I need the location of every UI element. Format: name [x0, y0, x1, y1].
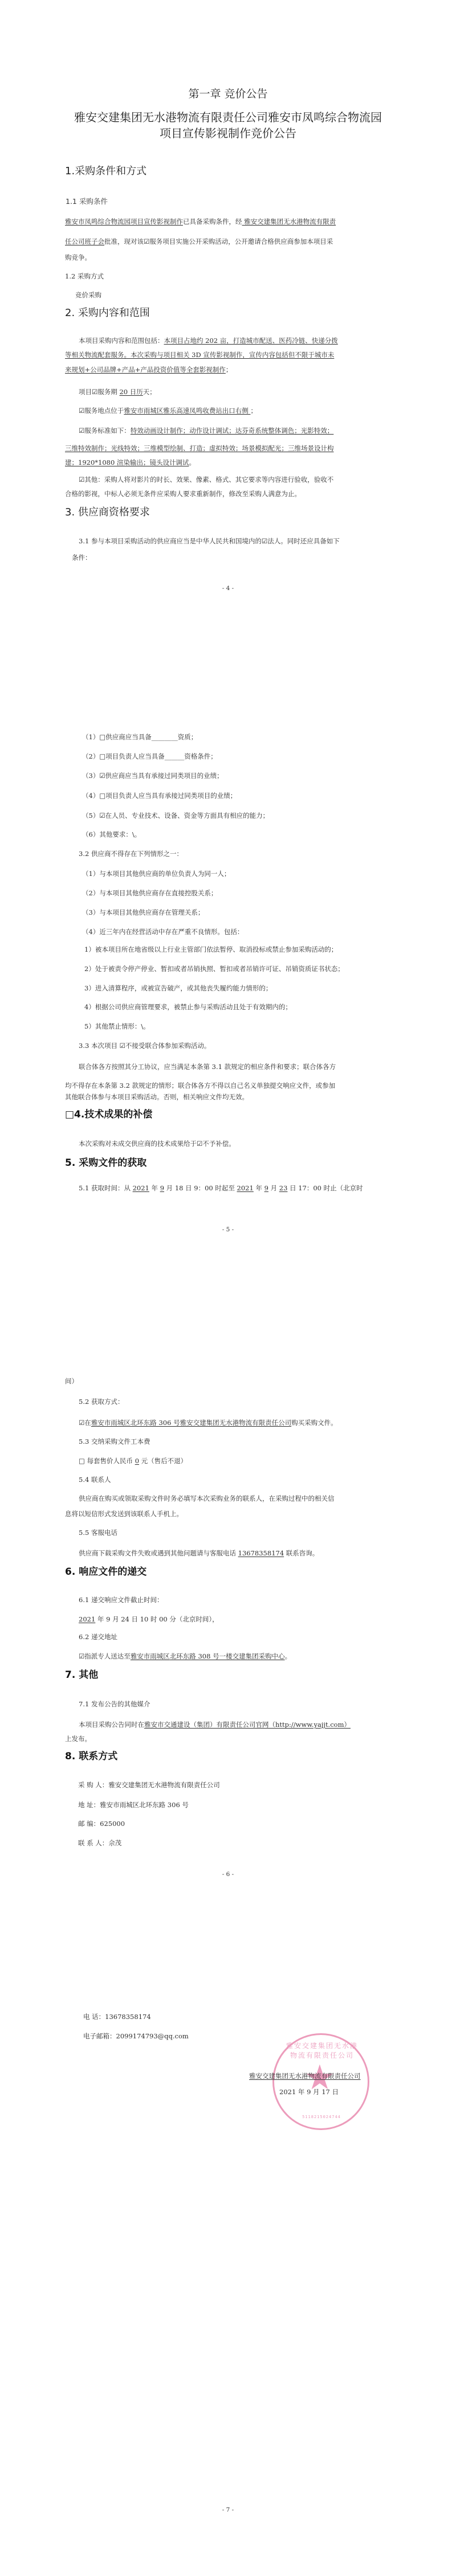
consortium-line2: 均不得存在本条第 3.2 款规定的情形；联合体各方不得以自己名义单独提交响应文件… [65, 1081, 335, 1090]
s5-5-suffix: 联系咨询。 [284, 1549, 319, 1557]
price-value: 0 [135, 1457, 139, 1465]
bad-conduct-3: 3）进入清算程序，或被宣告破产，或其他丧失履约能力情形的； [84, 984, 272, 993]
company-seal-icon: 雅安交建集团无水港物流有限责任公司 ★ 5118215024744 [272, 2033, 369, 2130]
condition-1: （1）□供应商应当具备________资质； [82, 732, 197, 742]
contact-label: 地 址： [78, 1801, 100, 1809]
s3-1-line2: 条件： [72, 553, 92, 562]
condition-blank: ________ [152, 733, 178, 741]
contact-label: 联 系 人： [78, 1839, 108, 1847]
s3-3: 3.3 本次项目 ☑不接受联合体参加采购活动。 [79, 1041, 210, 1050]
consortium-line3: 其他联合体参与本项目采购活动。否则，相关响应文件均无效。 [65, 1092, 249, 1101]
checkbox-checked-icon: ☑ [99, 812, 105, 820]
condition-num: （6） [82, 830, 99, 838]
signature-date: 2021 年 9 月 17 日 [279, 2087, 339, 2096]
s5-5-text: 供应商下载采购文件失败或遇到其他问题请与客服电话 13678358174 联系咨… [79, 1549, 319, 1558]
scope-line1: 本项目采购内容和范围包括：本项目占地约 202 亩，打造城市配送、医药冷链、快递… [79, 336, 338, 345]
section1-heading: 1.采购条件和方式 [65, 163, 146, 178]
s6-2-address: ☑指派专人送达至雅安市雨城区北环东路 308 号一楼交建集团采购中心。 [79, 1652, 291, 1661]
service-period-suffix: 天； [143, 388, 156, 396]
s5-3-label: 5.3 交纳采购文件工本费 [79, 1437, 150, 1446]
official-website-link[interactable]: 雅安市交通建设（集团）有限责任公司官网（http://www.yajjt.com… [144, 1721, 351, 1729]
delivery-method: ☑指派专人送达至 [79, 1652, 131, 1660]
contact-value: 雅安市雨城区北环东路 306 号 [100, 1801, 189, 1809]
scope-end: ； [226, 366, 233, 374]
service-period-value: 20 日历 [119, 388, 142, 396]
section7-heading: 7. 其他 [65, 1666, 98, 1681]
s6-1-deadline: 2021 年 9 月 24 日 10 时 00 分（北京时间）， [79, 1615, 219, 1624]
page-number-7: - 7 - [0, 2507, 456, 2513]
service-standard-line1: ☑服务标准如下：特效动画设计制作；动作设计调试；达芬奇系统整体调色；光影特效； [79, 426, 333, 435]
s5-4-line1: 供应商在购买或领取采购文件时务必填写本次采购业务的联系人，在采购过程中的相关信 [79, 1494, 335, 1503]
standard-end: 。 [189, 458, 196, 466]
signature-company: 雅安交建集团无水港物流有限责任公司 [249, 2071, 361, 2081]
section5-heading: 5. 采购文件的获取 [65, 1154, 146, 1169]
condition-text: 项目负责人应当具备 [105, 752, 165, 760]
purchase-place: 雅安市雨城区北环东路 306 号雅安交建集团无水港物流有限责任公司 [91, 1419, 291, 1427]
year-char: 年 [149, 1184, 160, 1192]
condition-num: （4） [82, 792, 99, 800]
bad-conduct-2: 2）处于被责令停产停业、暂扣或者吊销执照、暂扣或者吊销许可证、吊销资质证书状态； [84, 964, 344, 973]
consortium-line1: 联合体各方按照其分工协议，应当满足本条第 3.1 款规定的相应条件和要求；联合体… [79, 1062, 336, 1071]
end-month: 9 [264, 1184, 268, 1192]
s7-1-text: 本项目采购公告同时在雅安市交通建设（集团）有限责任公司官网（http://www… [79, 1720, 351, 1729]
condition-3: （3）☑供应商应当具有承接过同类项目的业绩； [82, 771, 223, 780]
bad-conduct-4: 4）根据公司供应商管理要求，被禁止参与采购活动且处于有效期内的； [84, 1002, 292, 1011]
service-period: 项目☑服务期 20 日历天； [79, 387, 156, 396]
s7-1-prefix: 本项目采购公告同时在 [79, 1721, 144, 1729]
page-number-5: - 5 - [0, 1226, 456, 1233]
end-year: 2021 [237, 1184, 254, 1192]
contact-value: 雅安交建集团无水港物流有限责任公司 [108, 1781, 220, 1789]
scope-text1: 本项目占地约 202 亩，打造城市配送、医药冷链、快递分拨 [164, 337, 338, 345]
s5-2-label: 5.2 获取方式： [79, 1397, 124, 1406]
compensation-text: 本次采购对未成交供应商的技术成果给于☑不予补偿。 [79, 1139, 235, 1148]
doc-title-line2: 项目宣传影视制作竞价公告 [0, 124, 456, 141]
delivery-addr-a: 雅安市雨城区 [131, 1652, 170, 1660]
contact-email: 电子邮箱：2099174793@qq.com [83, 2032, 189, 2041]
s1-2-label: 1.2 采购方式 [65, 272, 104, 281]
contact-value: 佘茂 [108, 1839, 121, 1847]
contact-value: 13678358174 [105, 2013, 150, 2021]
start-year: 2021 [133, 1184, 149, 1192]
s1-1-text: 已具备采购条件，经 [183, 218, 242, 226]
s1-1-line2: 任公司班子会批准，现对该☑服务项目实施公开采购活动，公开邀请合格供应商参加本项目… [65, 237, 333, 246]
s3-1-line1: 3.1 参与本项目采购活动的供应商应当是中华人民共和国境内的☑法人。同时还应具备… [79, 537, 340, 546]
service-standard-line2: 三维特效制作；光线特效；三维模型绘制、打造；虚拟特效；场景模拟配光；三维场景设计… [65, 444, 334, 453]
s3-2-label: 3.2 供应商不得存在下列情形之一： [79, 849, 183, 858]
condition-num: （3） [82, 772, 99, 780]
checkbox-checked-icon: ☑在 [79, 1419, 91, 1427]
standard-label: ☑服务标准如下： [79, 427, 131, 435]
contact-label: 电子邮箱： [83, 2032, 116, 2040]
start-month: 9 [160, 1184, 164, 1192]
s5-5-label: 5.5 客服电话 [79, 1528, 117, 1537]
condition-5: （5）☑在人员、专业技术、设备、资金等方面具有相应的能力； [82, 811, 269, 820]
location-label: ☑服务地点位于 [79, 407, 124, 415]
condition-text: 供应商应当具备 [105, 733, 152, 741]
checkbox-unchecked-icon: □ [99, 752, 105, 760]
exclusion-4: （4）近三年内在经营活动中存在严重不良情形。包括： [82, 927, 243, 936]
contact-address: 地 址：雅安市雨城区北环东路 306 号 [78, 1800, 189, 1809]
price-label: □ 每套售价人民币 [79, 1457, 135, 1465]
condition-num: （2） [82, 752, 99, 760]
deadline-year: 2021 [79, 1615, 95, 1623]
section6-heading: 6. 响应文件的递交 [65, 1563, 146, 1578]
condition-text-b: 资质； [178, 733, 198, 741]
location-suffix: ； [250, 407, 257, 415]
start-rest: 月 18 日 9：00 时起至 [164, 1184, 237, 1192]
condition-text: 其他要求：\。 [99, 830, 141, 838]
section8-heading: 8. 联系方式 [65, 1748, 117, 1762]
end-rest: 日 17：00 时止（北京时 [287, 1184, 363, 1192]
s6-2-label: 6.2 递交地址 [79, 1632, 117, 1641]
contact-value[interactable]: 2099174793@qq.com [116, 2032, 189, 2040]
s5-4-line2: 息将以短信形式发送到该联系人手机上。 [65, 1509, 183, 1518]
delivery-addr-b: 北环东路 308 号一楼交建集团采购中心 [170, 1652, 285, 1660]
scope-line2: 等相关物流配套服务。本次采购与项目相关 3D 宣传影视制作，宣传内容包括但不限于… [65, 350, 334, 359]
standard-text1: 特效动画设计制作；动作设计调试；达芬奇系统整体调色；光影特效； [131, 427, 334, 435]
contact-phone: 电 话：13678358174 [83, 2012, 151, 2021]
doc-title-line1: 雅安交建集团无水港物流有限责任公司雅安市凤鸣综合物流园 [0, 108, 456, 125]
approver-name-cont: 任公司班子会 [65, 237, 104, 245]
contact-person: 联 系 人：佘茂 [78, 1838, 121, 1848]
other-line1: ☑其他：采购人将对影片的时长、效果、像素、格式、其它要求等内容进行验收，验收不 [79, 475, 333, 484]
checkbox-unchecked-icon: □ [99, 792, 105, 800]
price-suffix: 元（售后不退） [139, 1457, 187, 1465]
s5-1-cont: 间） [65, 1377, 78, 1386]
other-line2: 合格的影视，中标人必须无条件应采购人要求重新制作，修改至采购人满意为止。 [65, 489, 301, 498]
service-period-label: 项目☑服务期 [79, 388, 119, 396]
condition-text-b: 资格条件； [184, 752, 217, 760]
contact-purchaser: 采 购 人：雅安交建集团无水港物流有限责任公司 [78, 1780, 220, 1789]
service-phone: 13678358174 [238, 1549, 284, 1557]
exclusion-3: （3）与本项目其他供应商存在管理关系； [82, 908, 204, 917]
bad-conduct-5: 5）其他禁止情形：\。 [84, 1022, 150, 1031]
condition-text: 在人员、专业技术、设备、资金等方面具有相应的能力； [105, 812, 270, 820]
location-value: 雅安市雨城区雅乐高速凤鸣收费站出口右侧 [124, 407, 250, 415]
s6-1-label: 6.1 递交响应文件截止时间： [79, 1595, 163, 1604]
contact-postcode: 邮 编：625000 [78, 1819, 125, 1828]
condition-text: 供应商应当具有承接过同类项目的业绩； [105, 772, 223, 780]
section2-heading: 2. 采购内容和范围 [65, 305, 150, 320]
condition-text: 项目负责人应当具有承接过同类项目的业绩； [105, 792, 237, 800]
s5-5-prefix: 供应商下载采购文件失败或遇到其他问题请与客服电话 [79, 1549, 238, 1557]
condition-4: （4）□项目负责人应当具有承接过同类项目的业绩； [82, 791, 237, 800]
s5-1-label: 5.1 获取时间：从 [79, 1184, 133, 1192]
s1-1-line1: 雅安市凤鸣综合物流园项目宣传影视制作已具备采购条件，经 雅安交建集团无水港物流有… [65, 217, 336, 226]
checkbox-unchecked-icon: □ [99, 733, 105, 741]
s7-1-suffix: 上发布。 [65, 1734, 91, 1743]
s5-2-method: ☑在雅安市雨城区北环东路 306 号雅安交建集团无水港物流有限责任公司购买采购文… [79, 1418, 337, 1427]
service-standard-line3: 建；1920*1080 渲染输出；镜头设计调试。 [65, 458, 196, 467]
approver-name: 雅安交建集团无水港物流有限责 [242, 218, 336, 226]
s7-1-label: 7.1 发布公告的其他媒介 [79, 1699, 150, 1709]
chapter-title: 第一章 竞价公告 [0, 85, 456, 101]
condition-blank: ______ [165, 752, 185, 760]
s1-2-value: 竞价采购 [75, 290, 101, 300]
condition-6: （6）其他要求：\。 [82, 830, 141, 839]
bad-conduct-1: 1）被本项目所在地省级以上行业主管部门依法暂停、取消投标或禁止参加采购活动的； [84, 945, 337, 954]
end-day: 23 [279, 1184, 288, 1192]
contact-label: 邮 编： [78, 1820, 100, 1828]
s5-2-suffix: 购买采购文件。 [291, 1419, 337, 1427]
scope-line3: 来规划+公司品牌+产品+产品投资价值等全套影视制作； [65, 365, 232, 374]
seal-code: 5118215024744 [286, 2115, 357, 2119]
s5-1-time: 5.1 获取时间：从 2021 年 9 月 18 日 9：00 时起至 2021… [79, 1183, 363, 1193]
contact-label: 电 话： [83, 2013, 105, 2021]
contact-value: 625000 [100, 1820, 125, 1828]
section4-heading: □4.技术成果的补偿 [65, 1106, 152, 1120]
exclusion-1: （1）与本项目其他供应商的单位负责人为同一人； [82, 869, 230, 878]
checkbox-checked-icon: ☑ [99, 772, 105, 780]
year-char: 年 [254, 1184, 264, 1192]
page-number-6: - 6 - [0, 1871, 456, 1878]
exclusion-2: （2）与本项目其他供应商存在直接控股关系； [82, 888, 217, 898]
s1-1-line3: 购竞争。 [65, 253, 91, 262]
s5-4-label: 5.4 联系人 [79, 1475, 111, 1484]
s5-3-price: □ 每套售价人民币 0 元（售后不退） [79, 1456, 187, 1465]
section3-heading: 3. 供应商资格要求 [65, 504, 150, 519]
seal-text: 雅安交建集团无水港物流有限责任公司 [283, 2041, 361, 2060]
project-name: 雅安市凤鸣综合物流园项目宣传影视制作 [65, 218, 183, 226]
standard-text3: 建；1920*1080 渲染输出；镜头设计调试 [65, 458, 189, 466]
page-number-4: - 4 - [0, 585, 456, 592]
s1-1-label: 1.1 采购条件 [66, 196, 108, 206]
condition-num: （1） [82, 733, 99, 741]
deadline-rest: 年 9 月 24 日 10 时 00 分（北京时间）， [95, 1615, 218, 1623]
delivery-end: 。 [285, 1652, 292, 1660]
scope-prefix: 本项目采购内容和范围包括： [79, 337, 164, 345]
condition-2: （2）□项目负责人应当具备______资格条件； [82, 752, 217, 761]
contact-label: 采 购 人： [78, 1781, 108, 1789]
scope-text3: 来规划+公司品牌+产品+产品投资价值等全套影视制作 [65, 366, 226, 374]
month-char: 月 [268, 1184, 279, 1192]
s1-1-text2: 批准，现对该☑服务项目实施公开采购活动，公开邀请合格供应商参加本项目采 [104, 237, 333, 245]
condition-num: （5） [82, 812, 99, 820]
service-location: ☑服务地点位于雅安市雨城区雅乐高速凤鸣收费站出口右侧 ； [79, 406, 257, 415]
